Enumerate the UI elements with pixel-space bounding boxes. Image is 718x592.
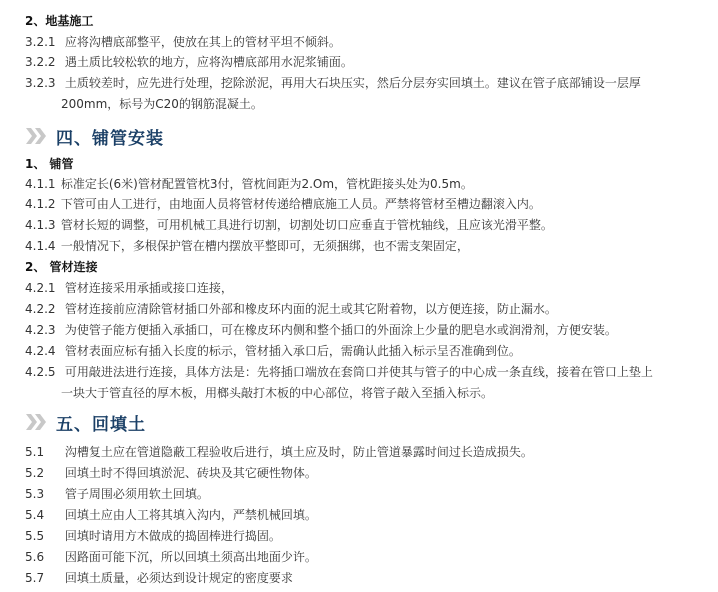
item-number: 4.1.2: [25, 195, 57, 213]
item-text: 管材连接采用承插或接口连接，: [65, 281, 233, 295]
item-number: 4.1.4: [25, 237, 57, 255]
item-number: 5.4: [25, 506, 61, 524]
list-item: 5.1 沟槽复土应在管道隐蔽工程验收后进行，填土应及时，防止管道暴露时间过长造成…: [25, 443, 533, 461]
list-item: 5.5 回填时请用方木做成的捣固棒进行捣固。: [25, 527, 281, 545]
double-chevron-icon: [26, 414, 48, 430]
item-number: 4.2.1: [25, 279, 61, 297]
item-number: 5.3: [25, 485, 61, 503]
list-item: 3.2.2 遇土质比较松软的地方，应将沟槽底部用水泥浆铺面。: [25, 53, 353, 71]
item-text: 下管可由人工进行，由地面人员将管材传递给槽底施工人员。严禁将管材至槽边翻滚入内。: [61, 197, 541, 211]
list-item: 4.2.2 管材连接前应清除管材插口外部和橡皮环内面的泥土或其它附着物，以方便连…: [25, 300, 557, 318]
item-text: 管材表面应标有插入长度的标示，管材插入承口后，需确认此插入标示呈否准确到位。: [65, 344, 521, 358]
item-number: 4.1.3: [25, 216, 57, 234]
list-item: 5.6 因路面可能下沉，所以回填土须高出地面少许。: [25, 548, 317, 566]
item-text: 一般情况下，多根保护管在槽内摆放平整即可，无须捆绑，也不需支架固定，: [61, 239, 469, 253]
item-number: 5.5: [25, 527, 61, 545]
list-item: 4.2.4 管材表面应标有插入长度的标示，管材插入承口后，需确认此插入标示呈否准…: [25, 342, 521, 360]
list-item: 4.1.4 一般情况下，多根保护管在槽内摆放平整即可，无须捆绑，也不需支架固定，: [25, 237, 469, 255]
list-item: 3.2.3 土质较差时，应先进行处理，挖除淤泥，再用大石块压实，然后分层夯实回填…: [25, 74, 641, 92]
list-item: 5.4 回填土应由人工将其填入沟内，严禁机械回填。: [25, 506, 317, 524]
item-number: 5.6: [25, 548, 61, 566]
sub-heading-foundation: 2、地基施工: [25, 12, 93, 30]
item-number: 4.2.3: [25, 321, 61, 339]
item-number: 3.2.2: [25, 53, 61, 71]
item-number: 5.2: [25, 464, 61, 482]
item-continuation: 200mm，标号为C20的钢筋混凝土。: [61, 95, 263, 113]
list-item: 5.3 管子周围必须用软土回填。: [25, 485, 209, 503]
item-text: 可用敲进法进行连接，具体方法是：先将插口端放在套筒口并使其与管子的中心成一条直线…: [65, 365, 653, 379]
item-text: 回填土应由人工将其填入沟内，严禁机械回填。: [65, 508, 317, 522]
item-text: 回填土时不得回填淤泥、砖块及其它硬性物体。: [65, 466, 317, 480]
list-item: 4.2.3 为使管子能方便插入承插口，可在橡皮环内侧和整个插口的外面涂上少量的肥…: [25, 321, 617, 339]
list-item: 4.1.1 标准定长(6米)管材配置管枕3付，管枕间距为2.Om，管枕距接头处为…: [25, 175, 473, 193]
list-item: 4.1.3 管材长短的调整，可用机械工具进行切割，切割处切口应垂直于管枕轴线，且…: [25, 216, 553, 234]
item-number: 4.2.5: [25, 363, 61, 381]
item-number: 3.2.1: [25, 33, 61, 51]
item-text: 为使管子能方便插入承插口，可在橡皮环内侧和整个插口的外面涂上少量的肥皂水或润滑剂…: [65, 323, 617, 337]
item-text: 管材连接前应清除管材插口外部和橡皮环内面的泥土或其它附着物，以方便连接，防止漏水…: [65, 302, 557, 316]
list-item: 4.1.2 下管可由人工进行，由地面人员将管材传递给槽底施工人员。严禁将管材至槽…: [25, 195, 541, 213]
item-text: 管子周围必须用软土回填。: [65, 487, 209, 501]
list-item: 5.2 回填土时不得回填淤泥、砖块及其它硬性物体。: [25, 464, 317, 482]
list-item: 4.2.1 管材连接采用承插或接口连接，: [25, 279, 233, 297]
item-text: 应将沟槽底部整平，使放在其上的管材平坦不倾斜。: [65, 35, 341, 49]
item-number: 4.2.4: [25, 342, 61, 360]
item-number: 3.2.3: [25, 74, 61, 92]
item-continuation: 一块大于管直径的厚木板，用榔头敲打木板的中心部位，将管子敲入至插入标示。: [61, 384, 493, 402]
item-text: 管材长短的调整，可用机械工具进行切割，切割处切口应垂直于管枕轴线，且应该光滑平整…: [61, 218, 553, 232]
list-item: 4.2.5 可用敲进法进行连接，具体方法是：先将插口端放在套筒口并使其与管子的中…: [25, 363, 653, 381]
section-title: 五、回填土: [56, 410, 146, 435]
double-chevron-icon: [26, 128, 48, 144]
item-text: 因路面可能下沉，所以回填土须高出地面少许。: [65, 550, 317, 564]
item-text: 土质较差时，应先进行处理，挖除淤泥，再用大石块压实，然后分层夯实回填土。建议在管…: [65, 76, 641, 90]
section-title: 四、铺管安装: [56, 124, 164, 149]
sub-heading-pipe-connection: 2、 管材连接: [25, 258, 98, 276]
item-text: 标准定长(6米)管材配置管枕3付，管枕间距为2.Om，管枕距接头处为0.5m。: [61, 177, 473, 191]
item-number: 4.2.2: [25, 300, 61, 318]
item-text: 回填时请用方木做成的捣固棒进行捣固。: [65, 529, 281, 543]
list-item: 3.2.1 应将沟槽底部整平，使放在其上的管材平坦不倾斜。: [25, 33, 341, 51]
item-text: 沟槽复土应在管道隐蔽工程验收后进行，填土应及时，防止管道暴露时间过长造成损失。: [65, 445, 533, 459]
list-item: 5.7 回填土质量，必须达到设计规定的密度要求: [25, 569, 293, 587]
sub-heading-pipe-laying: 1、 铺管: [25, 155, 74, 173]
item-number: 4.1.1: [25, 175, 57, 193]
item-text: 回填土质量，必须达到设计规定的密度要求: [65, 571, 293, 585]
section-heading-backfill: 五、回填土: [26, 410, 146, 434]
item-text: 遇土质比较松软的地方，应将沟槽底部用水泥浆铺面。: [65, 55, 353, 69]
item-number: 5.7: [25, 569, 61, 587]
section-heading-pipe-laying: 四、铺管安装: [26, 124, 164, 148]
item-number: 5.1: [25, 443, 61, 461]
